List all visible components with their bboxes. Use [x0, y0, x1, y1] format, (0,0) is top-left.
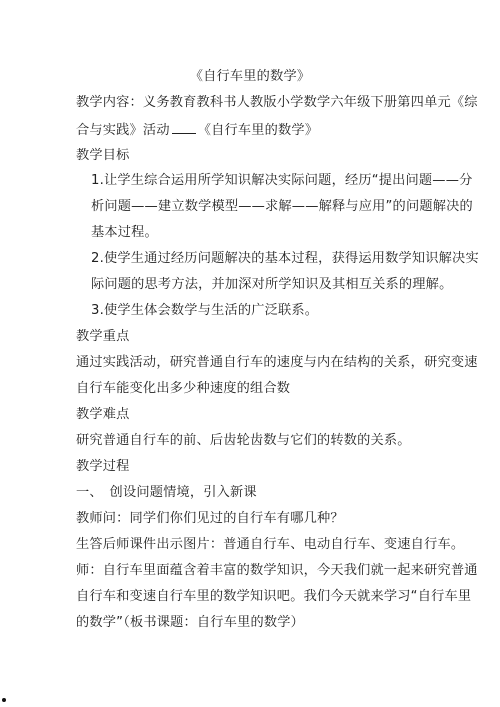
courseware-text: 生答后师课件出示图片：普通自行车、电动自行车、变速自行车。 [76, 537, 464, 553]
objective-2-line-2: 际问题的思考方法，并加深对所学知识及其相互关系的理解。 [91, 277, 452, 293]
difficulty-text: 研究普通自行车的前、后齿轮齿数与它们的转数的关系。 [76, 433, 411, 449]
teaching-content-line-2b: 《自行车里的数学》 [198, 123, 319, 138]
objective-1-line-2: 析问题——建立数学模型——求解——解释与应用”的问题解决的 [91, 199, 473, 215]
objective-2-line-1: 2.使学生通过经历问题解决的基本过程，获得运用数学知识解决实 [91, 251, 479, 267]
teacher-intro-line-1: 师：自行车里面蕴含着丰富的数学知识，今天我们就一起来研究普通 [76, 563, 478, 579]
bullet-dot-mark [2, 698, 6, 702]
key-points-line-2: 自行车能变化出多少种速度的组合数 [76, 381, 290, 397]
process-heading: 教学过程 [76, 459, 130, 475]
blank-underline [172, 121, 196, 134]
teacher-question: 教师问：同学们你们见过的自行车有哪几种？ [76, 511, 344, 527]
difficulty-heading: 教学难点 [76, 407, 130, 423]
section-1-heading: 一、 创设问题情境，引入新课 [76, 485, 257, 501]
document-page: 《自行车里的数学》 教学内容：义务教育教科书人教版小学数学六年级下册第四单元《综… [0, 0, 500, 707]
teaching-content-line-2: 合与实践》活动《自行车里的数学》 [76, 121, 318, 139]
objective-1-line-1: 1.让学生综合运用所学知识解决实际问题，经历“提出问题——分 [91, 173, 472, 189]
teacher-intro-line-2: 自行车和变速自行车里的数学知识吧。我们今天就来学习“自行车里 [76, 589, 471, 605]
document-title: 《自行车里的数学》 [0, 69, 500, 85]
objective-3: 3.使学生体会数学与生活的广泛联系。 [91, 303, 318, 319]
objective-1-line-3: 基本过程。 [91, 225, 158, 241]
key-points-heading: 教学重点 [76, 329, 130, 345]
teaching-content-line-1: 教学内容：义务教育教科书人教版小学数学六年级下册第四单元《综 [76, 95, 478, 111]
teacher-intro-line-3: 的数学”（板书课题：自行车里的数学） [76, 615, 304, 631]
teaching-content-line-2a: 合与实践》活动 [76, 123, 170, 138]
objectives-heading: 教学目标 [76, 148, 130, 164]
key-points-line-1: 通过实践活动，研究普通自行车的速度与内在结构的关系，研究变速 [76, 355, 478, 371]
